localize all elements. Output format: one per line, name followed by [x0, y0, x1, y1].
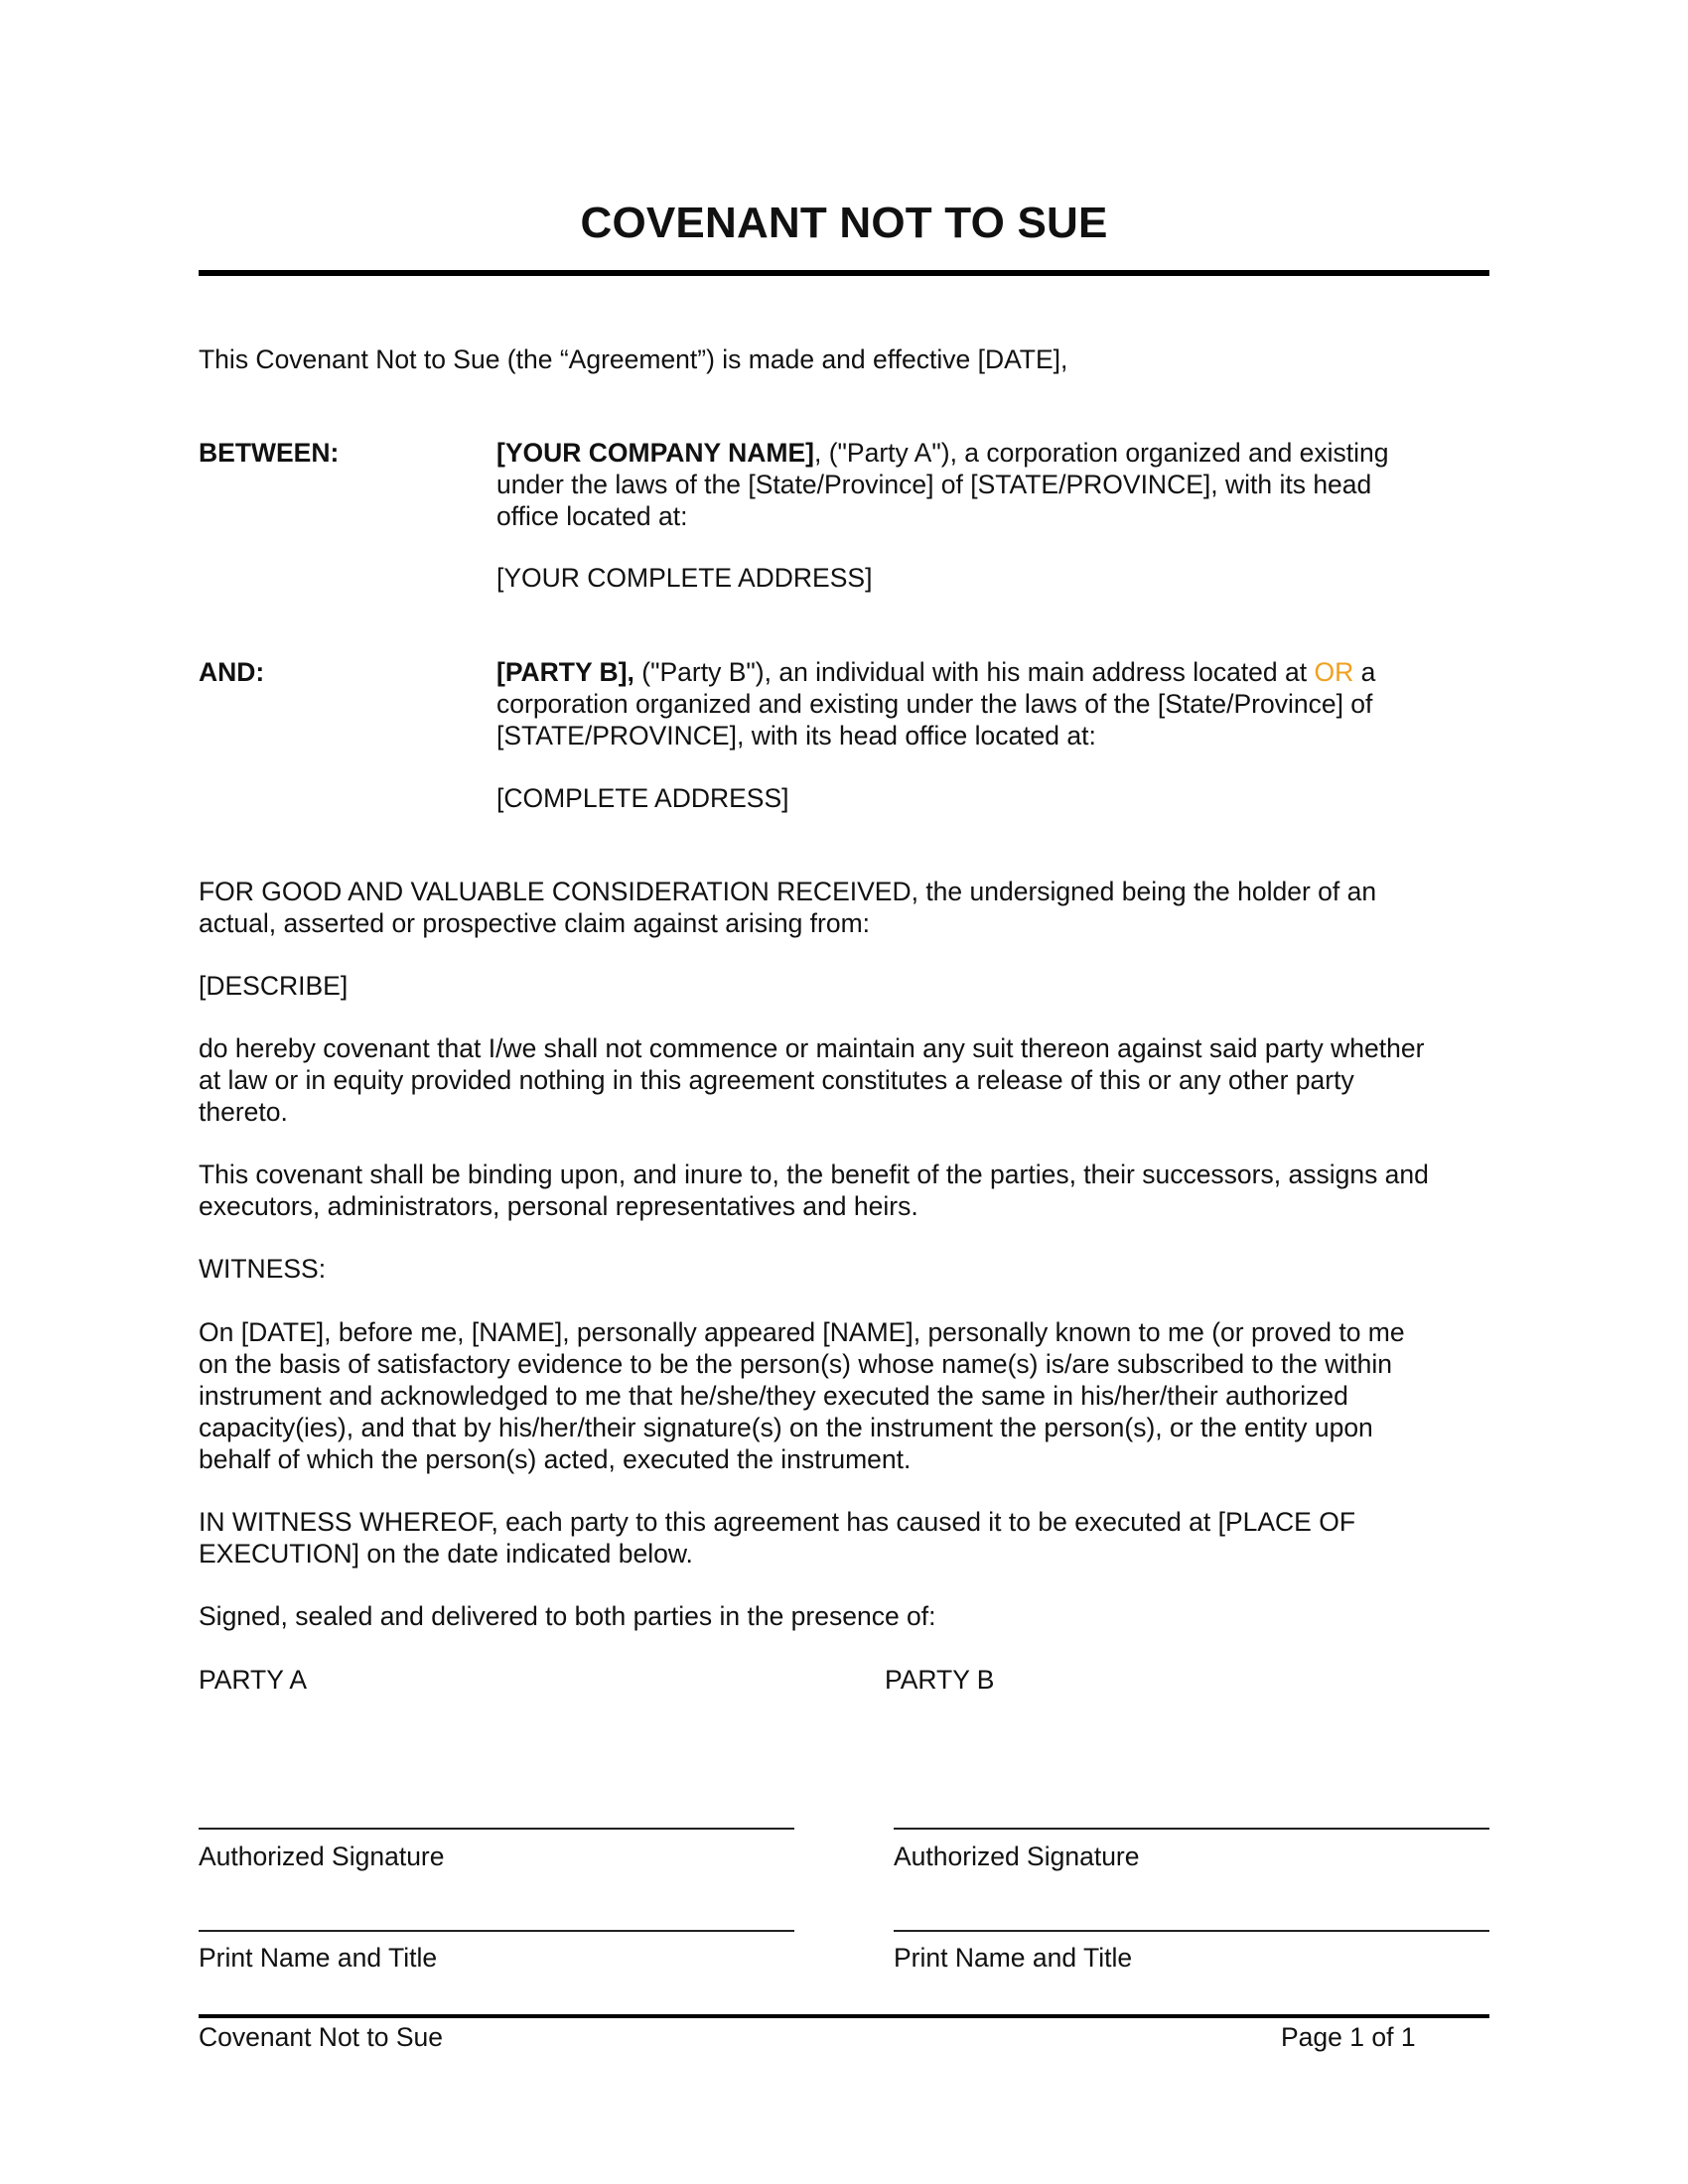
party-a-name-line[interactable]	[199, 1930, 794, 1932]
between-line-3: office located at:	[496, 500, 688, 532]
and-line-2: corporation organized and existing under…	[496, 688, 1372, 720]
notary-line-1: On [DATE], before me, [NAME], personally…	[199, 1316, 1405, 1348]
and-line-1-rest: ("Party B"), an individual with his main…	[634, 657, 1315, 687]
between-label: BETWEEN:	[199, 437, 339, 469]
party-b-name-label: Print Name and Title	[894, 1942, 1132, 1974]
document-page: COVENANT NOT TO SUE This Covenant Not to…	[0, 0, 1688, 2184]
party-a-address: [YOUR COMPLETE ADDRESS]	[496, 562, 872, 594]
party-a-signature-label: Authorized Signature	[199, 1841, 445, 1872]
party-b-name: [PARTY B],	[496, 657, 634, 687]
between-line-1-rest: , ("Party A"), a corporation organized a…	[814, 438, 1389, 468]
and-label: AND:	[199, 656, 264, 688]
notary-line-4: capacity(ies), and that by his/her/their…	[199, 1412, 1373, 1443]
party-a-name: [YOUR COMPANY NAME]	[496, 438, 814, 468]
covenant-line-1: do hereby covenant that I/we shall not c…	[199, 1032, 1424, 1064]
binding-line-1: This covenant shall be binding upon, and…	[199, 1159, 1429, 1190]
whereof-line-2: EXECUTION] on the date indicated below.	[199, 1538, 693, 1570]
between-line-2: under the laws of the [State/Province] o…	[496, 469, 1371, 500]
footer-divider	[199, 2014, 1489, 2018]
footer-document-name: Covenant Not to Sue	[199, 2021, 443, 2053]
party-a-name-label: Print Name and Title	[199, 1942, 437, 1974]
party-b-heading: PARTY B	[885, 1664, 994, 1696]
party-a-heading: PARTY A	[199, 1664, 307, 1696]
witness-label: WITNESS:	[199, 1253, 326, 1285]
party-b-address: [COMPLETE ADDRESS]	[496, 782, 789, 814]
or-highlight: OR	[1314, 657, 1353, 687]
party-b-name-line[interactable]	[894, 1930, 1489, 1932]
between-line-1: [YOUR COMPANY NAME], ("Party A"), a corp…	[496, 437, 1389, 469]
title-divider	[199, 270, 1489, 276]
consideration-line-1: FOR GOOD AND VALUABLE CONSIDERATION RECE…	[199, 876, 1376, 907]
signed-sealed-line: Signed, sealed and delivered to both par…	[199, 1600, 936, 1632]
party-b-signature-label: Authorized Signature	[894, 1841, 1140, 1872]
intro-paragraph: This Covenant Not to Sue (the “Agreement…	[199, 343, 1067, 375]
party-a-signature-line[interactable]	[199, 1828, 794, 1830]
document-title: COVENANT NOT TO SUE	[0, 196, 1688, 251]
covenant-line-3: thereto.	[199, 1096, 288, 1128]
and-line-1: [PARTY B], ("Party B"), an individual wi…	[496, 656, 1375, 688]
notary-line-3: instrument and acknowledged to me that h…	[199, 1380, 1348, 1412]
notary-line-2: on the basis of satisfactory evidence to…	[199, 1348, 1392, 1380]
binding-line-2: executors, administrators, personal repr…	[199, 1190, 918, 1222]
covenant-line-2: at law or in equity provided nothing in …	[199, 1064, 1354, 1096]
party-b-signature-line[interactable]	[894, 1828, 1489, 1830]
notary-line-5: behalf of which the person(s) acted, exe…	[199, 1443, 911, 1475]
and-line-1-end: a	[1353, 657, 1375, 687]
footer-page-number: Page 1 of 1	[1281, 2021, 1416, 2053]
consideration-line-2: actual, asserted or prospective claim ag…	[199, 907, 870, 939]
describe-placeholder: [DESCRIBE]	[199, 970, 348, 1002]
and-line-3: [STATE/PROVINCE], with its head office l…	[496, 720, 1096, 751]
whereof-line-1: IN WITNESS WHEREOF, each party to this a…	[199, 1506, 1355, 1538]
